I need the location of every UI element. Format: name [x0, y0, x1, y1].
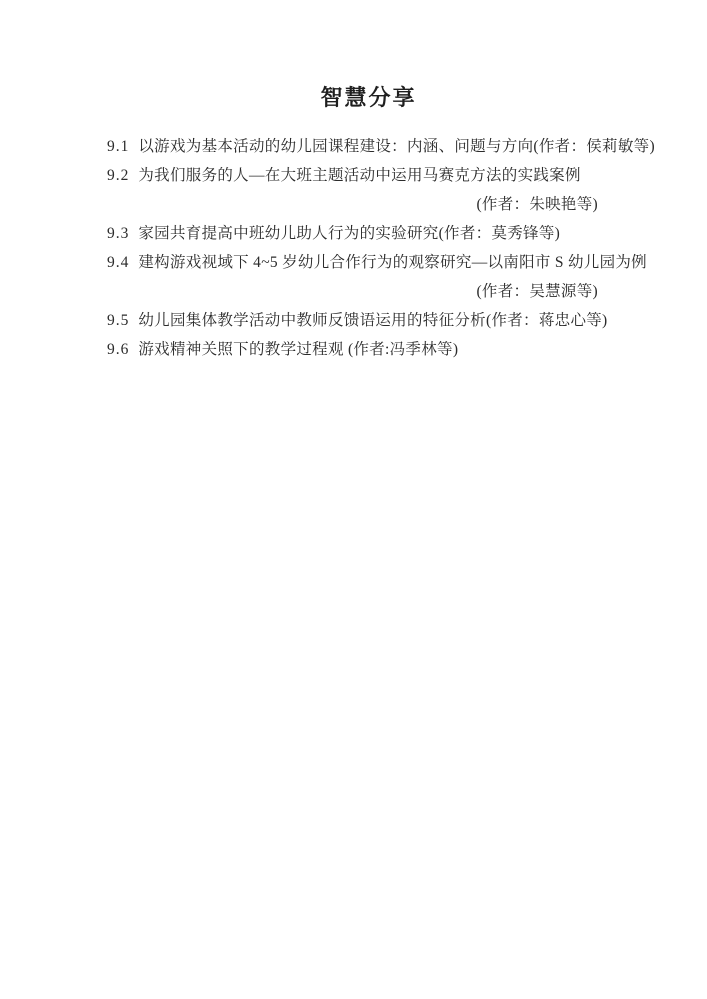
document-page: 智慧分享 9.1以游戏为基本活动的幼儿园课程建设：内涵、问题与方向(作者：侯莉敏…	[0, 0, 707, 999]
item-number: 9.6	[107, 335, 129, 364]
item-number: 9.1	[107, 132, 129, 161]
item-number: 9.5	[107, 306, 129, 335]
page-title: 智慧分享	[107, 86, 630, 110]
list-item: 9.1以游戏为基本活动的幼儿园课程建设：内涵、问题与方向(作者：侯莉敏等)	[107, 132, 630, 161]
list-item: 9.4建构游戏视域下 4~5 岁幼儿合作行为的观察研究—以南阳市 S 幼儿园为例	[107, 248, 630, 277]
item-number: 9.2	[107, 161, 129, 190]
article-list: 9.1以游戏为基本活动的幼儿园课程建设：内涵、问题与方向(作者：侯莉敏等) 9.…	[107, 132, 630, 364]
item-number: 9.3	[107, 219, 129, 248]
author-line: (作者：吴慧源等)	[107, 277, 630, 306]
list-item: 9.6游戏精神关照下的教学过程观 (作者:冯季林等)	[107, 335, 630, 364]
list-item: 9.5幼儿园集体教学活动中教师反馈语运用的特征分析(作者：蒋忠心等)	[107, 306, 630, 335]
author-line: (作者：朱映艳等)	[107, 190, 630, 219]
item-text: 建构游戏视域下 4~5 岁幼儿合作行为的观察研究—以南阳市 S 幼儿园为例	[138, 254, 647, 271]
item-text: 为我们服务的人—在大班主题活动中运用马赛克方法的实践案例	[138, 167, 580, 184]
item-text: 游戏精神关照下的教学过程观 (作者:冯季林等)	[138, 341, 458, 358]
item-text: 家园共育提高中班幼儿助人行为的实验研究(作者：莫秀锋等)	[138, 225, 560, 242]
item-text: 幼儿园集体教学活动中教师反馈语运用的特征分析(作者：蒋忠心等)	[138, 312, 607, 329]
item-text: 以游戏为基本活动的幼儿园课程建设：内涵、问题与方向(作者：侯莉敏等)	[138, 138, 655, 155]
item-number: 9.4	[107, 248, 129, 277]
list-item: 9.2为我们服务的人—在大班主题活动中运用马赛克方法的实践案例	[107, 161, 630, 190]
list-item: 9.3家园共育提高中班幼儿助人行为的实验研究(作者：莫秀锋等)	[107, 219, 630, 248]
document-content: 智慧分享 9.1以游戏为基本活动的幼儿园课程建设：内涵、问题与方向(作者：侯莉敏…	[0, 0, 707, 364]
